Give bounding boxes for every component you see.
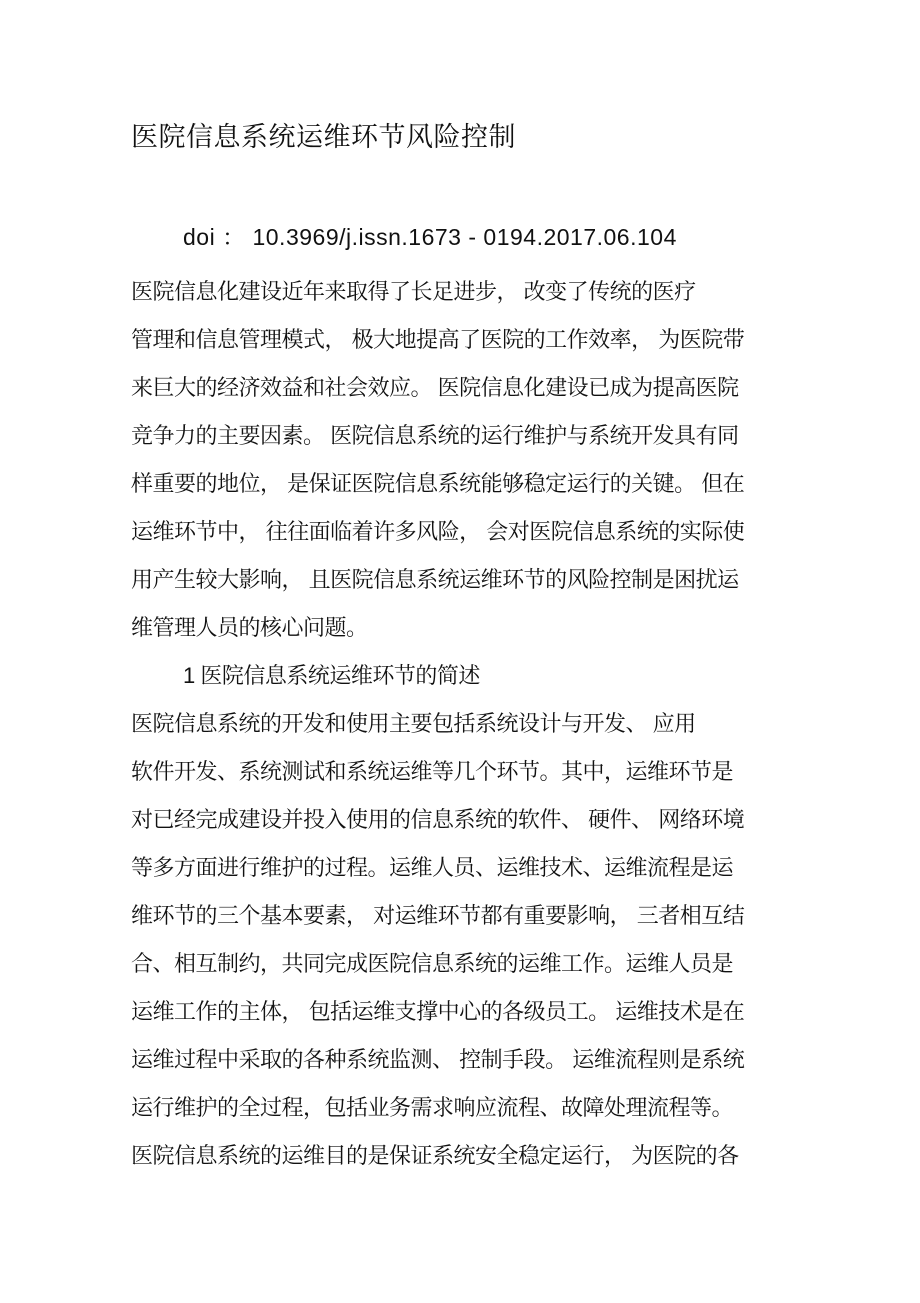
body-line: 医院信息系统的运维目的是保证系统安全稳定运行， 为医院的各 (131, 1132, 920, 1180)
body-line: 医院信息化建设近年来取得了长足进步， 改变了传统的医疗 (131, 268, 920, 316)
body-line: 合、相互制约，共同完成医院信息系统的运维工作。运维人员是 (131, 940, 920, 988)
body-line: 等多方面进行维护的过程。运维人员、运维技术、运维流程是运 (131, 844, 920, 892)
body-line: 竞争力的主要因素。 医院信息系统的运行维护与系统开发具有同 (131, 412, 920, 460)
body-line: 样重要的地位， 是保证医院信息系统能够稳定运行的关键。 但在 (131, 460, 920, 508)
body-line: 医院信息系统的开发和使用主要包括系统设计与开发、 应用 (131, 700, 920, 748)
body-line: 对已经完成建设并投入使用的信息系统的软件、 硬件、 网络环境 (131, 796, 920, 844)
body-line: 运维过程中采取的各种系统监测、 控制手段。 运维流程则是系统 (131, 1036, 920, 1084)
body-lines: 医院信息化建设近年来取得了长足进步， 改变了传统的医疗管理和信息管理模式， 极大… (131, 268, 920, 1180)
document-title: 医院信息系统运维环节风险控制 (131, 122, 516, 152)
body-line: 维环节的三个基本要素， 对运维环节都有重要影响， 三者相互结 (131, 892, 920, 940)
body-line: 用产生较大影响， 且医院信息系统运维环节的风险控制是困扰运 (131, 556, 920, 604)
body-line: 运维工作的主体， 包括运维支撑中心的各级员工。 运维技术是在 (131, 988, 920, 1036)
body-line: 维管理人员的核心问题。 (131, 604, 920, 652)
doi-line: doi ： 10.3969/j.issn.1673 - 0194.2017.06… (183, 224, 677, 250)
body-line: 管理和信息管理模式， 极大地提高了医院的工作效率， 为医院带 (131, 316, 920, 364)
section-heading: 1 医院信息系统运维环节的简述 (131, 652, 920, 700)
document-page: 医院信息系统运维环节风险控制 doi ： 10.3969/j.issn.1673… (0, 0, 920, 1303)
body-line: 运行维护的全过程，包括业务需求响应流程、故障处理流程等。 (131, 1084, 920, 1132)
body-line: 软件开发、系统测试和系统运维等几个环节。其中，运维环节是 (131, 748, 920, 796)
body-line: 来巨大的经济效益和社会效应。 医院信息化建设已成为提高医院 (131, 364, 920, 412)
body-line: 运维环节中， 往往面临着许多风险， 会对医院信息系统的实际使 (131, 508, 920, 556)
